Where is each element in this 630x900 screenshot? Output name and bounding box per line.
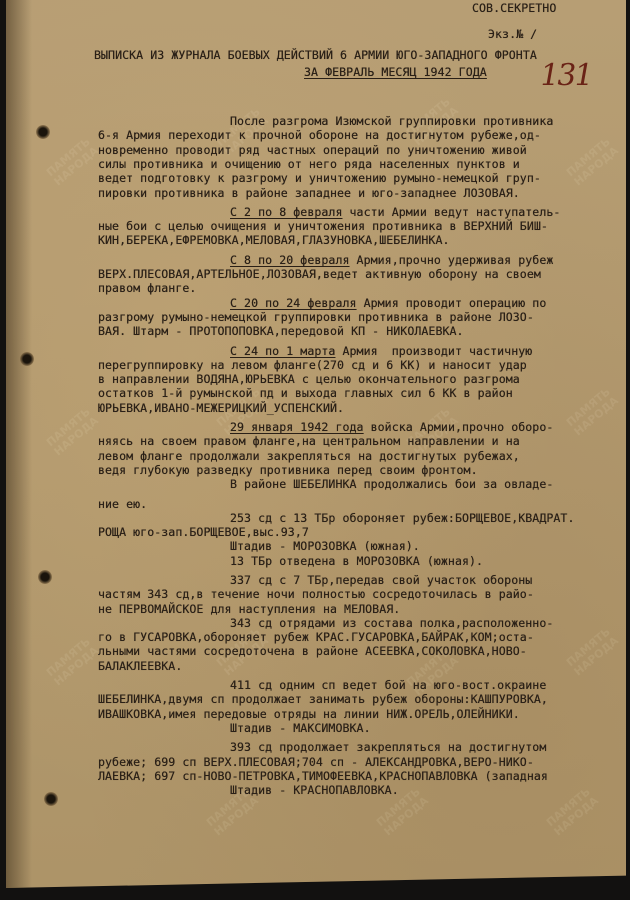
line-text: ведет подготовку к разгрому и уничтожени… [98,171,541,185]
underlined-date: С 2 по 8 февраля [230,205,342,219]
text-line: ведя глубокую разведку противника перед … [98,463,478,477]
line-text: ЛАЕВКА; 697 сп-НОВО-ПЕТРОВКА,ТИМОФЕЕВКА,… [98,769,548,783]
line-text: РОЩА юго-зап.БОРЩЕВОЕ,выс.93,7 [98,525,309,539]
line-text: Штадив - МАКСИМОВКА. [230,721,371,735]
line-text: БАЛАКЛЕЕВКА. [98,659,182,673]
line-text: Штадив - КРАСНОПАВЛОВКА. [230,783,399,797]
text-line: ЮРЬЕВКА,ИВАНО-МЕЖЕРИЦКИЙ_УСПЕНСКИЙ. [98,401,344,415]
text-line: ШЕБЕЛИНКА,двумя сп продолжает занимать р… [98,692,548,706]
text-line: льными частями сосредоточена в районе АС… [98,644,527,658]
text-line: разгрому румыно-немецкой группировки про… [98,310,534,324]
text-line: В районе ШЕБЕЛИНКА продолжались бои за о… [230,477,553,491]
text-line: После разгрома Изюмской группировки прот… [230,114,553,128]
document-title: ВЫПИСКА ИЗ ЖУРНАЛА БОЕВЫХ ДЕЙСТВИЙ 6 АРМ… [94,48,537,62]
line-text: 253 сд с 13 ТБр обороняет рубеж:БОРЩЕВОЕ… [230,511,574,525]
text-line: няясь на своем правом фланге,на централь… [98,434,520,448]
text-line: ВЕРХ.ПЛЕСОВАЯ,АРТЕЛЬНОЕ,ЛОЗОВАЯ,ведет ак… [98,267,541,281]
page-edge-shadow [6,0,32,888]
line-text: ВЕРХ.ПЛЕСОВАЯ,АРТЕЛЬНОЕ,ЛОЗОВАЯ,ведет ак… [98,267,541,281]
watermark: ПАМЯТЬ НАРОДА [565,136,621,189]
text-line: 337 сд с 7 ТБр,передав свой участок обор… [230,573,532,587]
text-line: ВАЯ. Штарм - ПРОТОПОПОВКА,передовой КП -… [98,324,464,338]
text-line: правом фланге. [98,281,196,295]
punch-hole [38,570,52,584]
line-text: КИН,БЕРЕКА,ЕФРЕМОВКА,МЕЛОВАЯ,ГЛАЗУНОВКА,… [98,233,450,247]
watermark: ПАМЯТЬ НАРОДА [565,626,621,679]
text-line: 253 сд с 13 ТБр обороняет рубеж:БОРЩЕВОЕ… [230,511,574,525]
line-text: войска Армии,прочно оборо- [364,420,554,434]
line-text: 337 сд с 7 ТБр,передав свой участок обор… [230,573,532,587]
punch-hole [20,352,34,366]
underlined-date: 29 января 1942 года [230,420,364,434]
text-line: ведет подготовку к разгрому и уничтожени… [98,171,541,185]
line-text: Армия проводит операцию по [357,296,547,310]
underlined-date: С 24 по 1 марта [230,344,335,358]
line-text: силы противника и очищению от него ряда … [98,157,520,171]
line-text: ние ею. [98,497,147,511]
text-line: БАЛАКЛЕЕВКА. [98,659,182,673]
text-line: 13 ТБр отведена в МОРОЗОВКА (южная). [230,554,483,568]
line-text: 411 сд одним сп ведет бой на юго-вост.ок… [230,678,546,692]
line-text: После разгрома Изюмской группировки прот… [230,114,553,128]
text-line: рубеже; 699 сп ВЕРХ.ПЛЕСОВАЯ;704 сп - АЛ… [98,755,534,769]
watermark: ПАМЯТЬ НАРОДА [565,386,621,439]
text-line: силы противника и очищению от него ряда … [98,157,520,171]
line-text: остатков 1-й румынской пд и выхода главн… [98,386,513,400]
text-line: 6-я Армия переходит к прочной обороне на… [98,128,541,142]
text-line: 393 сд продолжает закрепляться на достиг… [230,740,546,754]
line-text: не ПЕРВОМАЙСКОЕ для наступления на МЕЛОВ… [98,602,400,616]
text-line: новременно проводит ряд частных операций… [98,143,527,157]
text-line: ИВАШКОВКА,имея передовые отряды на линии… [98,707,520,721]
line-text: разгрому румыно-немецкой группировки про… [98,310,534,324]
line-text: частям 343 сд,в течение ночи полностью с… [98,587,534,601]
line-text: льными частями сосредоточена в районе АС… [98,644,527,658]
line-text: 6-я Армия переходит к прочной обороне на… [98,128,541,142]
watermark: ПАМЯТЬ НАРОДА [45,636,101,689]
line-text: пировки противника в районе западнее и ю… [98,186,520,200]
text-line: пировки противника в районе западнее и ю… [98,186,520,200]
line-text: ведя глубокую разведку противника перед … [98,463,478,477]
text-line: С 8 по 20 февраля Армия,прочно удерживая… [230,253,553,267]
archive-page-number: 131 [537,58,594,93]
text-line: КИН,БЕРЕКА,ЕФРЕМОВКА,МЕЛОВАЯ,ГЛАЗУНОВКА,… [98,233,450,247]
line-text: Армия производит частичную [335,344,532,358]
text-line: 29 января 1942 года войска Армии,прочно … [230,420,553,434]
text-line: ЛАЕВКА; 697 сп-НОВО-ПЕТРОВКА,ТИМОФЕЕВКА,… [98,769,548,783]
punch-hole [36,125,50,139]
text-line: Штадив - МАКСИМОВКА. [230,721,371,735]
document-page: ПАМЯТЬ НАРОДАПАМЯТЬ НАРОДАПАМЯТЬ НАРОДАП… [6,0,626,888]
line-text: в направлении ВОДЯНА,ЮРЬЕВКА с целью око… [98,372,520,386]
line-text: 343 сд отрядами из состава полка,располо… [230,616,553,630]
punch-hole [44,792,58,806]
line-text: Армия,прочно удерживая рубеж [350,253,554,267]
line-text: ные бои с целью очищения и уничтожения п… [98,219,548,233]
text-line: РОЩА юго-зап.БОРЩЕВОЕ,выс.93,7 [98,525,309,539]
line-text: 13 ТБр отведена в МОРОЗОВКА (южная). [230,554,483,568]
text-line: С 2 по 8 февраля части Армии ведут насту… [230,205,560,219]
watermark: ПАМЯТЬ НАРОДА [545,786,601,839]
line-text: 393 сд продолжает закрепляться на достиг… [230,740,546,754]
line-text: левом фланге продолжали закрепляться на … [98,449,520,463]
line-text: части Армии ведут наступатель- [342,205,560,219]
line-text: ЮРЬЕВКА,ИВАНО-МЕЖЕРИЦКИЙ_УСПЕНСКИЙ. [98,401,344,415]
line-text: Штадив - МОРОЗОВКА (южная). [230,539,420,553]
document-subtitle: ЗА ФЕВРАЛЬ МЕСЯЦ 1942 ГОДА [304,65,487,79]
text-line: не ПЕРВОМАЙСКОЕ для наступления на МЕЛОВ… [98,602,400,616]
underlined-date: С 20 по 24 февраля [230,296,357,310]
text-line: остатков 1-й румынской пд и выхода главн… [98,386,513,400]
text-line: Штадив - МОРОЗОВКА (южная). [230,539,420,553]
watermark: ПАМЯТЬ НАРОДА [45,136,101,189]
text-line: го в ГУСАРОВКА,обороняет рубеж КРАС.ГУСА… [98,630,534,644]
copy-number: Экз.№ / [488,27,537,41]
line-text: правом фланге. [98,281,196,295]
text-line: С 24 по 1 марта Армия производит частичн… [230,344,532,358]
text-line: ные бои с целью очищения и уничтожения п… [98,219,548,233]
line-text: ШЕБЕЛИНКА,двумя сп продолжает занимать р… [98,692,548,706]
text-line: перегруппировку на левом фланге(270 сд и… [98,358,527,372]
text-line: 343 сд отрядами из состава полка,располо… [230,616,553,630]
line-text: новременно проводит ряд частных операций… [98,143,527,157]
text-line: С 20 по 24 февраля Армия проводит операц… [230,296,546,310]
line-text: няясь на своем правом фланге,на централь… [98,434,520,448]
text-line: Штадив - КРАСНОПАВЛОВКА. [230,783,399,797]
classification-stamp: СОВ.СЕКРЕТНО [472,1,556,15]
line-text: ВАЯ. Штарм - ПРОТОПОПОВКА,передовой КП -… [98,324,464,338]
line-text: го в ГУСАРОВКА,обороняет рубеж КРАС.ГУСА… [98,630,534,644]
line-text: В районе ШЕБЕЛИНКА продолжались бои за о… [230,477,553,491]
underlined-date: С 8 по 20 февраля [230,253,350,267]
text-line: 411 сд одним сп ведет бой на юго-вост.ок… [230,678,546,692]
text-line: в направлении ВОДЯНА,ЮРЬЕВКА с целью око… [98,372,520,386]
line-text: рубеже; 699 сп ВЕРХ.ПЛЕСОВАЯ;704 сп - АЛ… [98,755,534,769]
text-line: левом фланге продолжали закрепляться на … [98,449,520,463]
text-line: ние ею. [98,497,147,511]
line-text: ИВАШКОВКА,имея передовые отряды на линии… [98,707,520,721]
line-text: перегруппировку на левом фланге(270 сд и… [98,358,527,372]
text-line: частям 343 сд,в течение ночи полностью с… [98,587,534,601]
watermark: ПАМЯТЬ НАРОДА [45,406,101,459]
